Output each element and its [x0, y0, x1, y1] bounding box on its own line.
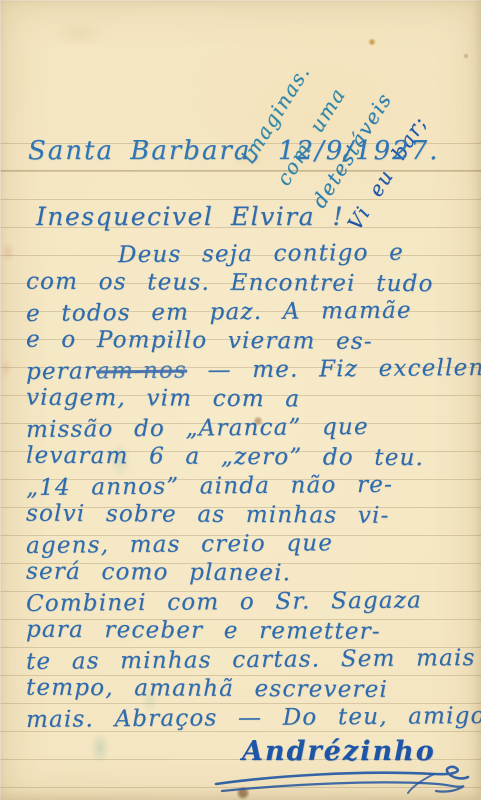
- letter-line: te as minhas cartas. Sem mais: [26, 644, 476, 677]
- letter-line: Combinei com o Sr. Sagaza: [26, 586, 476, 619]
- greeting: Inesquecivel Elvira !: [36, 202, 344, 231]
- line-text: perar: [26, 358, 96, 385]
- signature-flourish: [212, 760, 474, 798]
- letter-line: será como planeei.: [26, 558, 476, 590]
- line-text: — me. Fiz excellente: [187, 355, 481, 384]
- head-rule: [0, 170, 481, 171]
- letter-line: e todos em paz. A mamãe: [26, 296, 476, 329]
- letter-line: mais. Abraços — Do teu, amigo: [26, 702, 476, 735]
- struck-word: am-nos: [96, 358, 187, 385]
- letter-line: agens, mas creio que: [26, 528, 476, 561]
- letter-line: para receber e remetter-: [26, 616, 476, 648]
- letter-line: tempo, amanhã escreverei: [26, 674, 476, 706]
- letter-line: missão do „Aranca” que: [26, 412, 476, 445]
- letter-line: viagem, vim com a: [26, 384, 476, 416]
- letter-line: „14 annos” ainda não re-: [26, 470, 476, 503]
- diagonal-note-line: detestáveis: [299, 25, 441, 217]
- letter-line: levaram 6 a „zero” do teu.: [26, 442, 476, 474]
- letter-line: solvi sobre as minhas vi-: [26, 500, 476, 532]
- dateline: Santa Barbara, 12/9/1927.: [28, 136, 440, 166]
- letter-page: imaginas. com uma detestáveis Vi eu bar;…: [0, 0, 481, 800]
- letter-line: Deus seja contigo e: [26, 238, 476, 271]
- letter-body: Deus seja contigo e com os teus. Encontr…: [26, 240, 476, 733]
- letter-line-with-correction: peraram-nos — me. Fiz excellente: [26, 354, 476, 387]
- letter-line: e o Pompillo vieram es-: [26, 326, 476, 358]
- letter-line: com os teus. Encontrei tudo: [26, 268, 476, 300]
